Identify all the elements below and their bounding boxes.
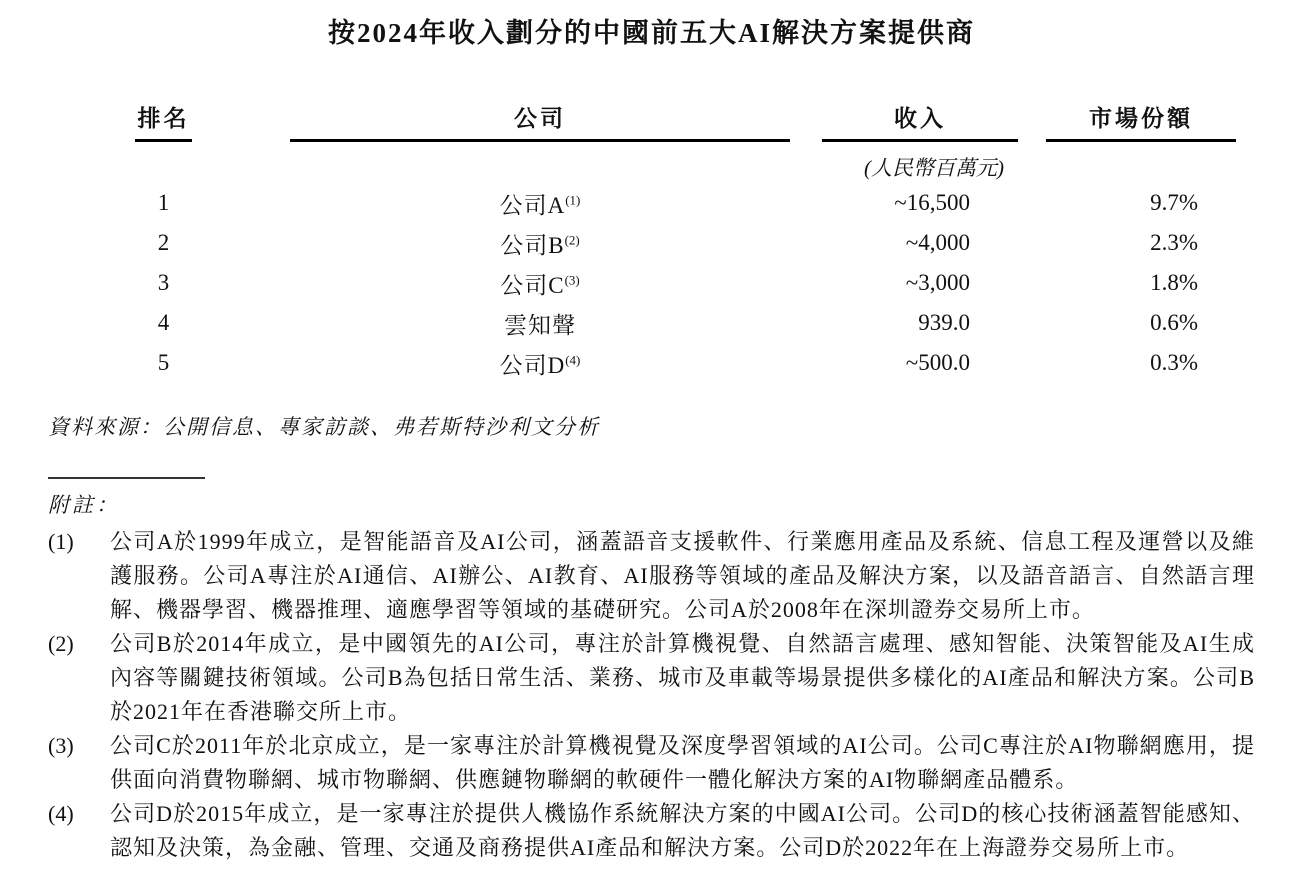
share-cell: 0.3%: [1046, 343, 1236, 383]
table-row: 3公司C(3)~3,0001.8%: [135, 263, 1236, 303]
spacer-cell: [1018, 343, 1046, 383]
spacer-cell: [192, 263, 290, 303]
spacer-cell: [790, 303, 822, 343]
note-ref: (1): [565, 192, 580, 207]
company-cell: 公司B(2): [290, 223, 790, 263]
company-cell: 雲知聲: [290, 303, 790, 343]
revenue-unit: (人民幣百萬元): [822, 141, 1018, 184]
source-line: 資料來源：公開信息、專家訪談、弗若斯特沙利文分析: [48, 411, 1255, 441]
rank-cell: 2: [135, 223, 192, 263]
note-ref: (2): [565, 232, 580, 247]
revenue-cell: 939.0: [822, 303, 1018, 343]
header-rank: 排名: [135, 100, 192, 141]
table-row: 2公司B(2)~4,0002.3%: [135, 223, 1236, 263]
table-row: 4雲知聲939.00.6%: [135, 303, 1236, 343]
spacer-cell: [1018, 263, 1046, 303]
note-number: (4): [48, 797, 110, 831]
spacer-cell: [192, 303, 290, 343]
notes-list: (1)公司A於1999年成立，是智能語音及AI公司，涵蓋語音支援軟件、行業應用產…: [48, 525, 1255, 865]
notes-divider: [48, 477, 205, 479]
spacer-cell: [192, 343, 290, 383]
note-item: (4)公司D於2015年成立，是一家專注於提供人機協作系統解決方案的中國AI公司…: [48, 797, 1255, 865]
table-header: 排名 公司 收入 市場份額: [135, 100, 1236, 141]
ranking-table: 排名 公司 收入 市場份額 (人民幣百萬元) 1公司A(1)~16,5009.7…: [135, 100, 1236, 383]
table-body: (人民幣百萬元) 1公司A(1)~16,5009.7%2公司B(2)~4,000…: [135, 141, 1236, 384]
page-title: 按2024年收入劃分的中國前五大AI解決方案提供商: [48, 0, 1255, 50]
spacer-cell: [790, 343, 822, 383]
rank-cell: 5: [135, 343, 192, 383]
note-text: 公司D於2015年成立，是一家專注於提供人機協作系統解決方案的中國AI公司。公司…: [110, 797, 1255, 865]
spacer-cell: [192, 183, 290, 223]
note-number: (2): [48, 627, 110, 661]
note-number: (3): [48, 729, 110, 763]
spacer-cell: [790, 183, 822, 223]
unit-row: (人民幣百萬元): [135, 141, 1236, 184]
header-company: 公司: [290, 100, 790, 141]
share-cell: 0.6%: [1046, 303, 1236, 343]
header-spacer: [1018, 100, 1046, 141]
share-cell: 1.8%: [1046, 263, 1236, 303]
spacer-cell: [1018, 303, 1046, 343]
table-row: 1公司A(1)~16,5009.7%: [135, 183, 1236, 223]
header-spacer: [192, 100, 290, 141]
company-cell: 公司C(3): [290, 263, 790, 303]
note-item: (3)公司C於2011年於北京成立，是一家專注於計算機視覺及深度學習領域的AI公…: [48, 729, 1255, 797]
share-cell: 9.7%: [1046, 183, 1236, 223]
revenue-cell: ~500.0: [822, 343, 1018, 383]
note-ref: (3): [565, 272, 580, 287]
note-ref: (4): [565, 352, 580, 367]
spacer-cell: [790, 223, 822, 263]
rank-cell: 3: [135, 263, 192, 303]
table-row: 5公司D(4)~500.00.3%: [135, 343, 1236, 383]
share-cell: 2.3%: [1046, 223, 1236, 263]
rank-cell: 1: [135, 183, 192, 223]
revenue-cell: ~4,000: [822, 223, 1018, 263]
header-share: 市場份額: [1046, 100, 1236, 141]
document-page: 按2024年收入劃分的中國前五大AI解決方案提供商 排名 公司 收入 市場份額 …: [0, 0, 1290, 865]
spacer-cell: [1018, 223, 1046, 263]
note-text: 公司A於1999年成立，是智能語音及AI公司，涵蓋語音支援軟件、行業應用產品及系…: [110, 525, 1255, 627]
spacer-cell: [192, 223, 290, 263]
note-item: (1)公司A於1999年成立，是智能語音及AI公司，涵蓋語音支援軟件、行業應用產…: [48, 525, 1255, 627]
note-text: 公司B於2014年成立，是中國領先的AI公司，專注於計算機視覺、自然語言處理、感…: [110, 627, 1255, 729]
revenue-cell: ~3,000: [822, 263, 1018, 303]
note-number: (1): [48, 525, 110, 559]
company-cell: 公司A(1): [290, 183, 790, 223]
note-item: (2)公司B於2014年成立，是中國領先的AI公司，專注於計算機視覺、自然語言處…: [48, 627, 1255, 729]
header-spacer: [790, 100, 822, 141]
spacer-cell: [1018, 183, 1046, 223]
company-cell: 公司D(4): [290, 343, 790, 383]
note-text: 公司C於2011年於北京成立，是一家專注於計算機視覺及深度學習領域的AI公司。公…: [110, 729, 1255, 797]
spacer-cell: [790, 263, 822, 303]
header-revenue: 收入: [822, 100, 1018, 141]
notes-label: 附註：: [48, 489, 1255, 519]
revenue-cell: ~16,500: [822, 183, 1018, 223]
rank-cell: 4: [135, 303, 192, 343]
